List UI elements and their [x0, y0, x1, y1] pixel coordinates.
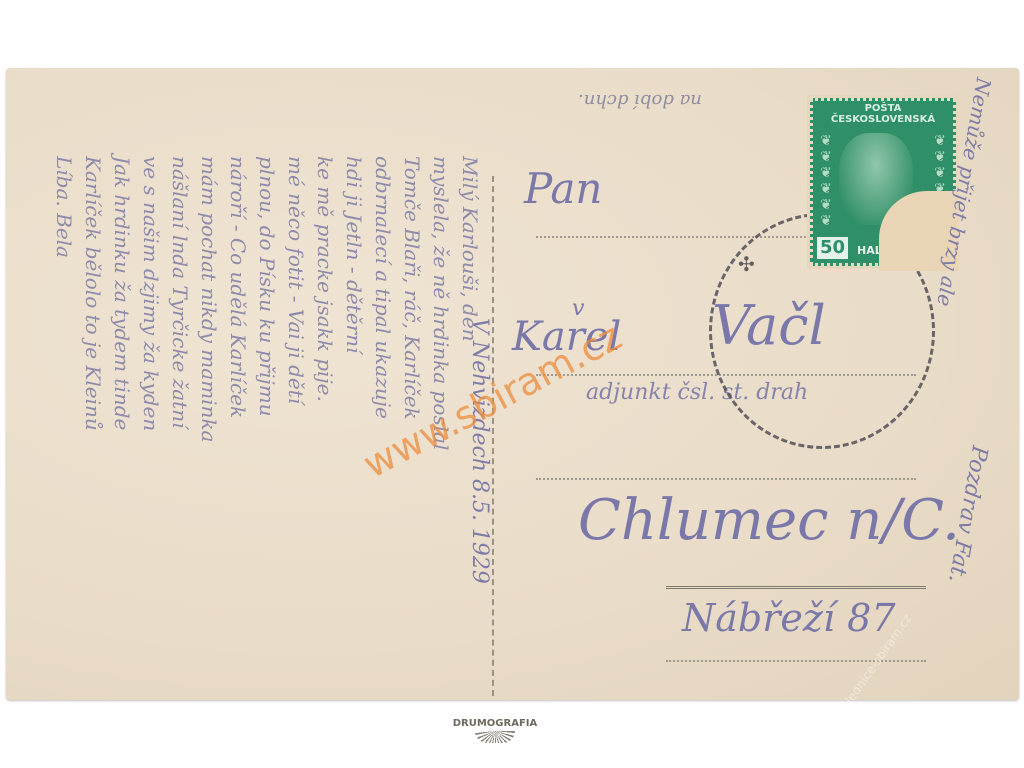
printer-logo: DRUMOGRAFIA: [450, 718, 540, 750]
address-surname: Vačl: [712, 294, 826, 357]
laurel-icon: ❦ ❦ ❦ ❦ ❦ ❦: [817, 133, 835, 233]
date-place: V Nehvizdech 8.5. 1929: [467, 318, 492, 584]
message-line: mám pochat nikdy maminka: [194, 156, 223, 450]
message-line: Líba. Bela: [49, 156, 78, 450]
message-text: Milý Karlouši, den myslela, že ně hrdink…: [49, 156, 484, 450]
address-line: [536, 478, 916, 480]
sunburst-icon: [475, 731, 515, 743]
message-line: odbrnalecí a tipal ukazuje: [368, 156, 397, 450]
top-note: na dobí dchn.: [578, 90, 702, 111]
message-line: nášlaní lnda Tyrčicke žatní: [165, 156, 194, 450]
message-line: plnou, do Písku ku přijmu: [252, 156, 281, 450]
stamp-line1: POŠTA: [813, 103, 953, 114]
message-line: mé něco fotit - Vai ji dětí: [281, 156, 310, 450]
stamp-line2: ČESKOSLOVENSKÁ: [813, 114, 953, 125]
stamp-value: 50: [817, 237, 848, 259]
postmark-star-icon: ✣: [738, 252, 755, 276]
address-town: Chlumec n/C.: [578, 488, 960, 553]
message-line: Jak hrdinku ža tydem tinde: [107, 156, 136, 450]
message-line: Tomče Blaři, ráč, Karlíček: [397, 156, 426, 450]
divider-line: [492, 176, 494, 696]
address-salutation: Pan: [524, 164, 602, 213]
printer-logo-text: DRUMOGRAFIA: [453, 718, 538, 729]
address-line: [666, 586, 926, 589]
postcard: Milý Karlouši, den myslela, že ně hrdink…: [6, 68, 1019, 700]
address-line: [666, 660, 926, 662]
postage-stamp: POŠTA ČESKOSLOVENSKÁ ❦ ❦ ❦ ❦ ❦ ❦ ❦ ❦ ❦ ❦…: [810, 98, 956, 266]
address-street: Nábřeží 87: [682, 596, 896, 640]
stamp-country: POŠTA ČESKOSLOVENSKÁ: [813, 103, 953, 125]
message-line: nároří - Co udělá Karlíček: [223, 156, 252, 450]
message-line: hdi ji Jetln - dětěrní: [339, 156, 368, 450]
message-line: Karlíček bělolo to je Kleinů: [78, 156, 107, 450]
message-line: ke mě pracke jsakk pije.: [310, 156, 339, 450]
message-line: ve s našim dzjimy ža kyden: [136, 156, 165, 450]
